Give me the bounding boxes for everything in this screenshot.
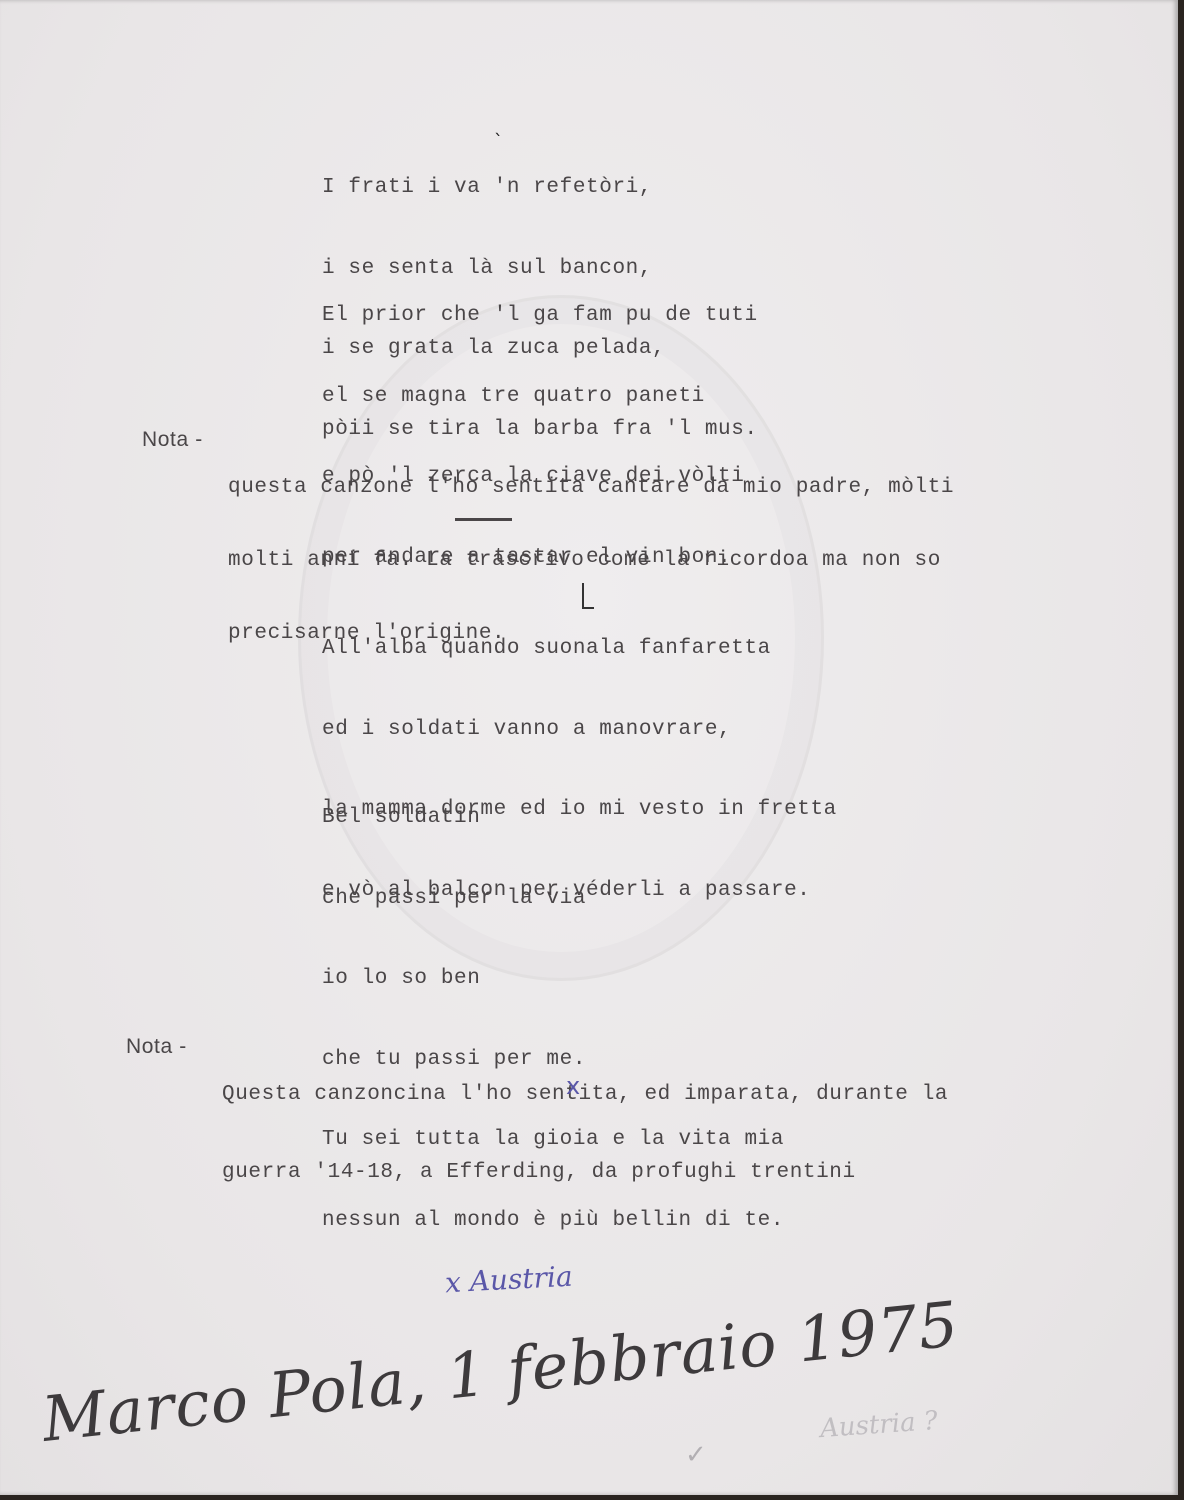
note-line: guerra '14-18, a Efferding, da profughi …	[222, 1154, 948, 1192]
verse-line: io lo so ben	[322, 962, 784, 997]
handwritten-space-mark	[582, 583, 594, 609]
faint-pencil-note: Austria ?	[819, 1406, 939, 1444]
verse-line: All'alba quando suonala fanfaretta	[322, 632, 837, 667]
insertion-mark: x	[566, 1072, 580, 1100]
note-line: Questa canzoncina l'ho sentita, ed impar…	[222, 1081, 948, 1108]
check-mark-icon: ✓	[685, 1440, 707, 1470]
verse-line: ed i soldati vanno a manovrare,	[322, 713, 837, 748]
verse-line: I frati i va 'n refetòri,	[322, 171, 758, 206]
verse-line: che passi per la via	[322, 882, 784, 917]
handwritten-austria-note: x Austria	[444, 1260, 573, 1300]
note-line: molti anni fa. La trascrivo come la rico…	[228, 547, 954, 574]
note-line: questa canzone l'ho sentita cantare da m…	[228, 474, 954, 501]
note-label: Nota -	[126, 1035, 187, 1059]
verse-line: el se magna tre quatro paneti	[322, 380, 758, 415]
document-page: I frati i va 'n refetòri, i se senta là …	[0, 0, 1178, 1495]
verse-line: El prior che 'l ga fam pu de tuti	[322, 299, 758, 334]
verse-line: Bel soldatin	[322, 801, 784, 836]
separator-rule	[455, 518, 512, 521]
handwritten-accent-mark: `	[494, 131, 503, 152]
note-1: Nota - questa canzone l'ho sentita canta…	[142, 428, 1042, 518]
note-label: Nota -	[142, 428, 203, 452]
